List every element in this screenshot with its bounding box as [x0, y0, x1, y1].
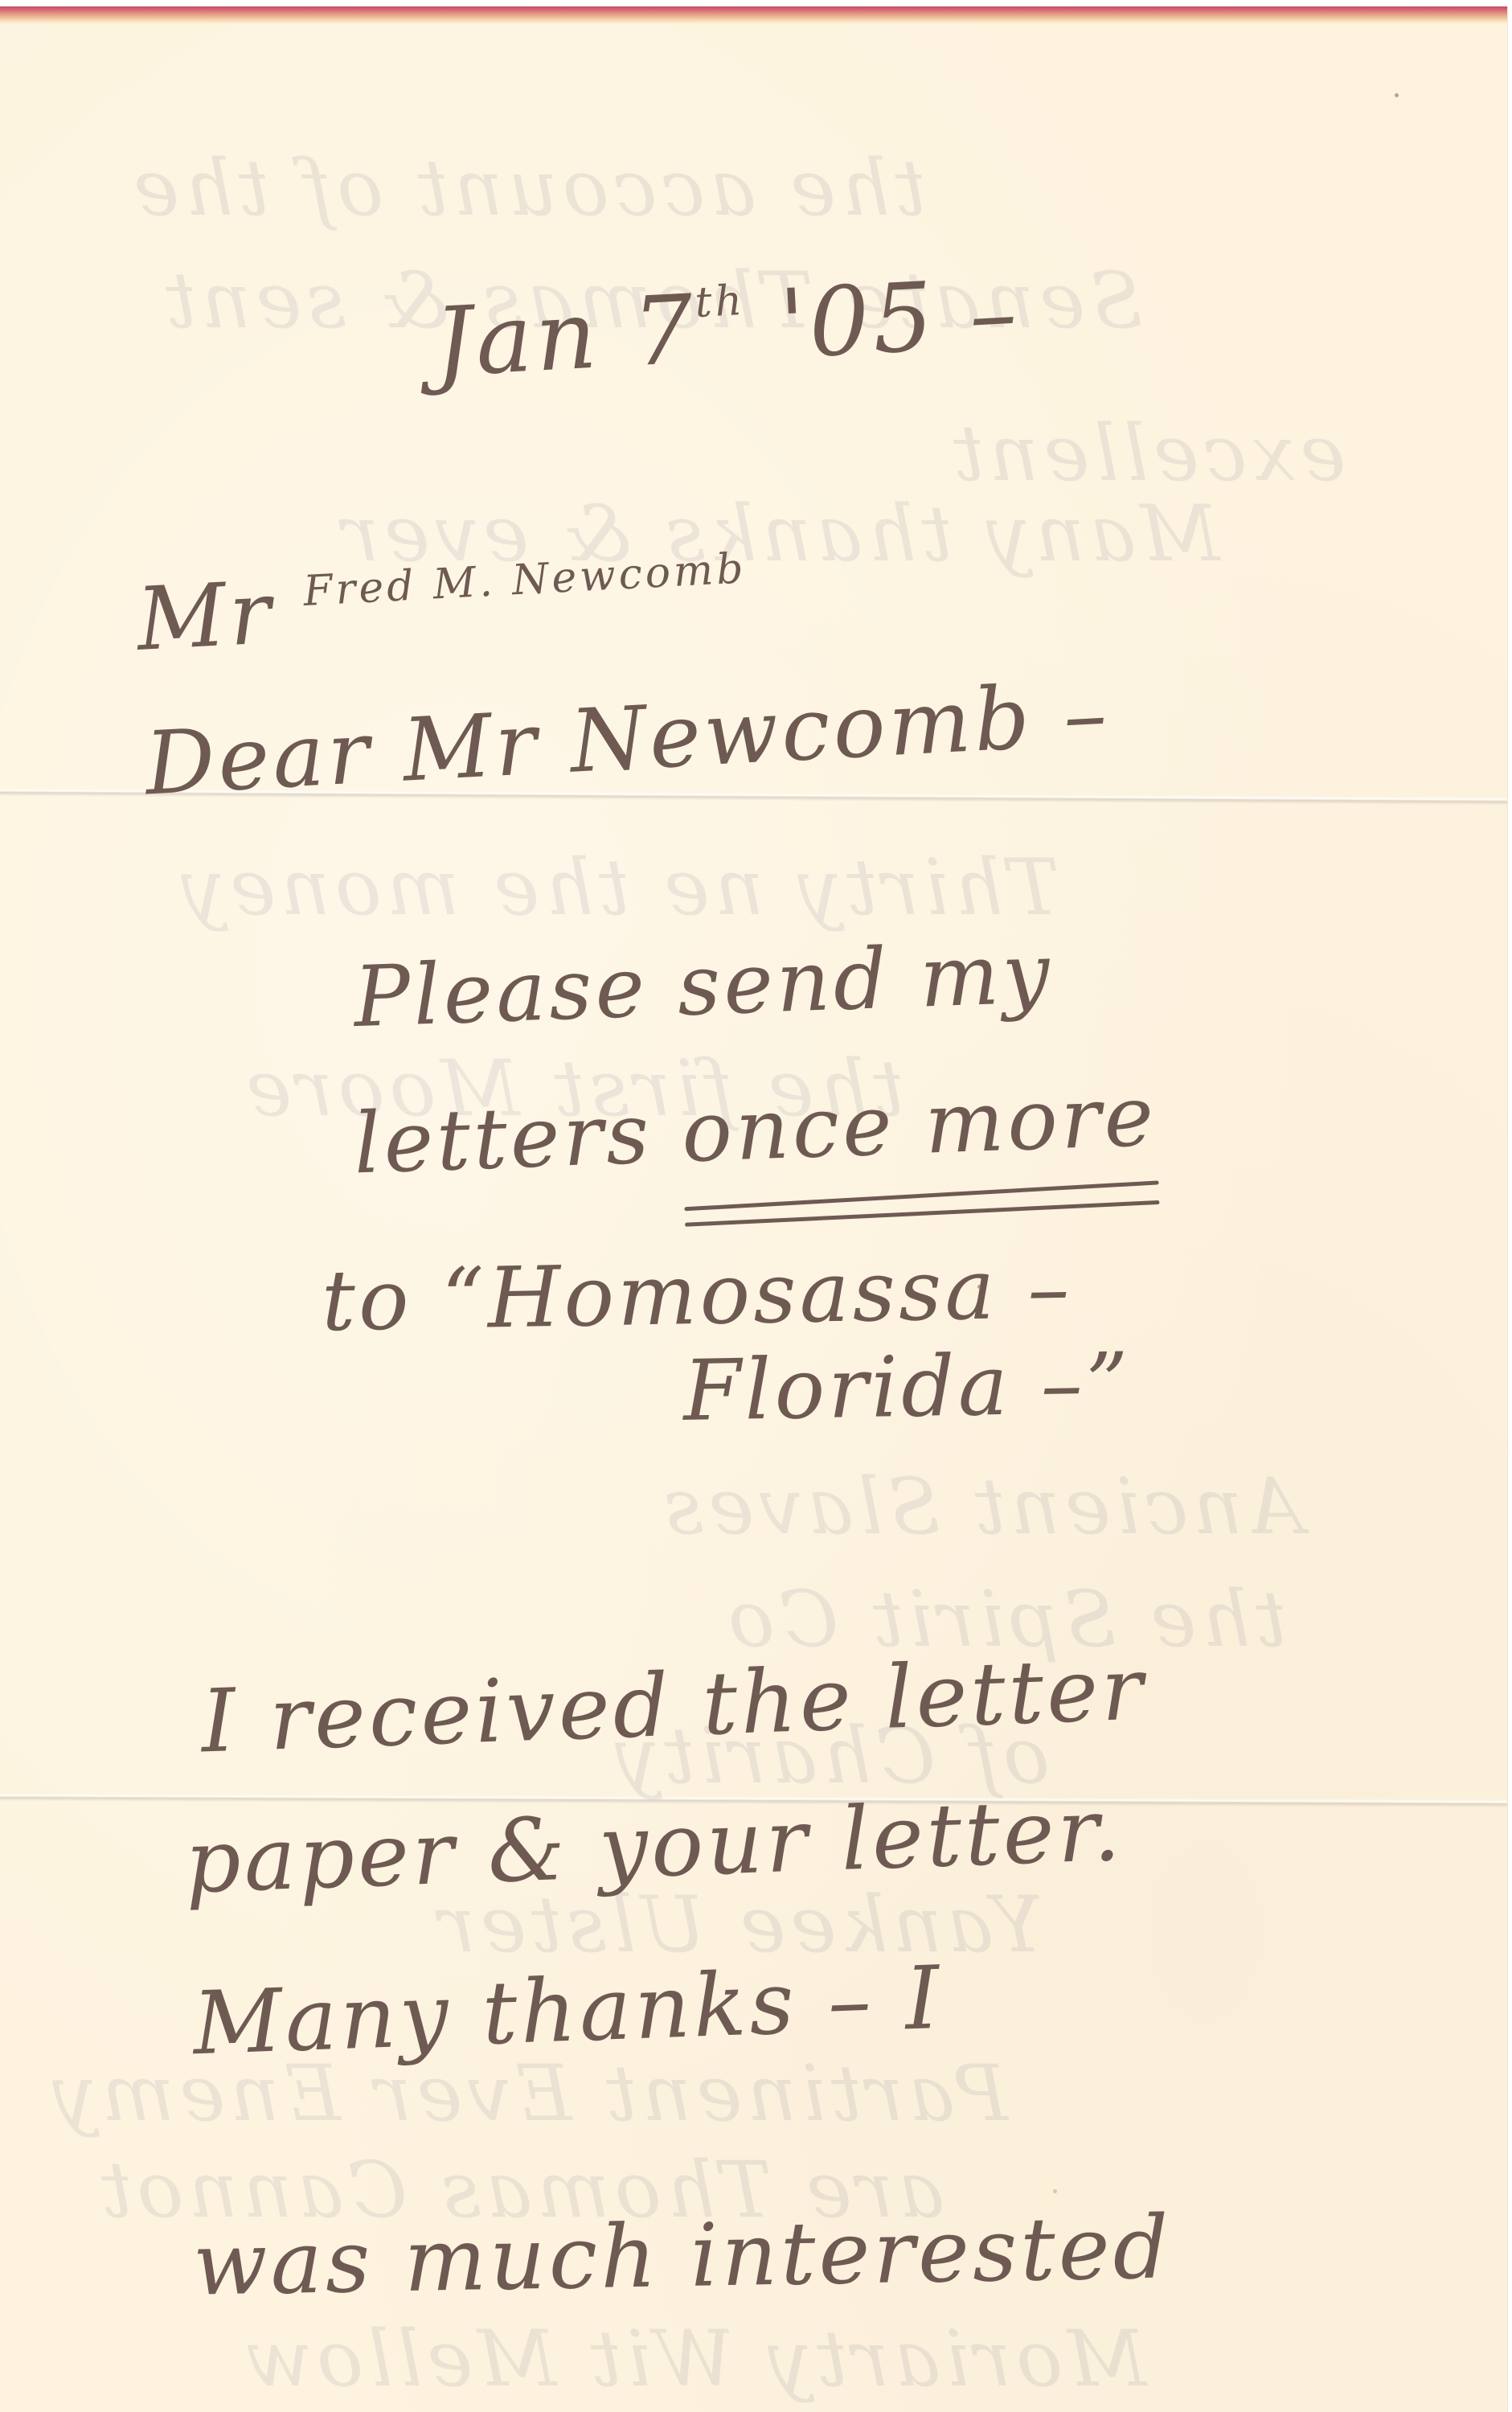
- body-line-text: letters: [352, 1085, 654, 1193]
- body-line: Please send my: [352, 931, 1054, 1039]
- date-day: 7: [630, 273, 699, 388]
- date-ordinal: th: [694, 277, 746, 327]
- date-month: Jan: [432, 278, 603, 398]
- body-line: letters once more: [352, 1074, 1158, 1186]
- date-year: '05 –: [776, 256, 1022, 379]
- emphasized-text: once more: [680, 1067, 1158, 1182]
- letter-salutation: Dear Mr Newcomb –: [143, 671, 1112, 809]
- bleed-through-line: Thirty ne the money: [177, 843, 1059, 933]
- bleed-through-line: Moriarty Wit Mellow: [241, 2314, 1146, 2404]
- body-line: was much interested: [192, 2205, 1172, 2308]
- body-line: to “Homosassa –: [321, 1246, 1073, 1343]
- letter-date: Jan 7th '05 –: [432, 265, 1022, 390]
- letter-page: the account of the Senate Thomas & sent …: [0, 6, 1507, 2412]
- body-line: Many thanks – I: [191, 1955, 944, 2068]
- bleed-through-line: the account of the: [129, 143, 926, 233]
- letter-addressee: Mr Fred M. Newcomb: [135, 545, 750, 664]
- ink-speck: [1395, 93, 1399, 97]
- red-gilt-top-edge: [0, 6, 1507, 24]
- emphasized-phrase: once more: [680, 1074, 1158, 1175]
- ink-speck: [977, 1285, 981, 1289]
- stain-spot: [1053, 2189, 1057, 2193]
- addressee-title: Mr: [134, 563, 277, 671]
- bleed-through-line: Ancient Slaves: [659, 1462, 1303, 1552]
- bleed-through-line: excellent: [949, 408, 1346, 498]
- body-line: Florida –”: [682, 1341, 1133, 1433]
